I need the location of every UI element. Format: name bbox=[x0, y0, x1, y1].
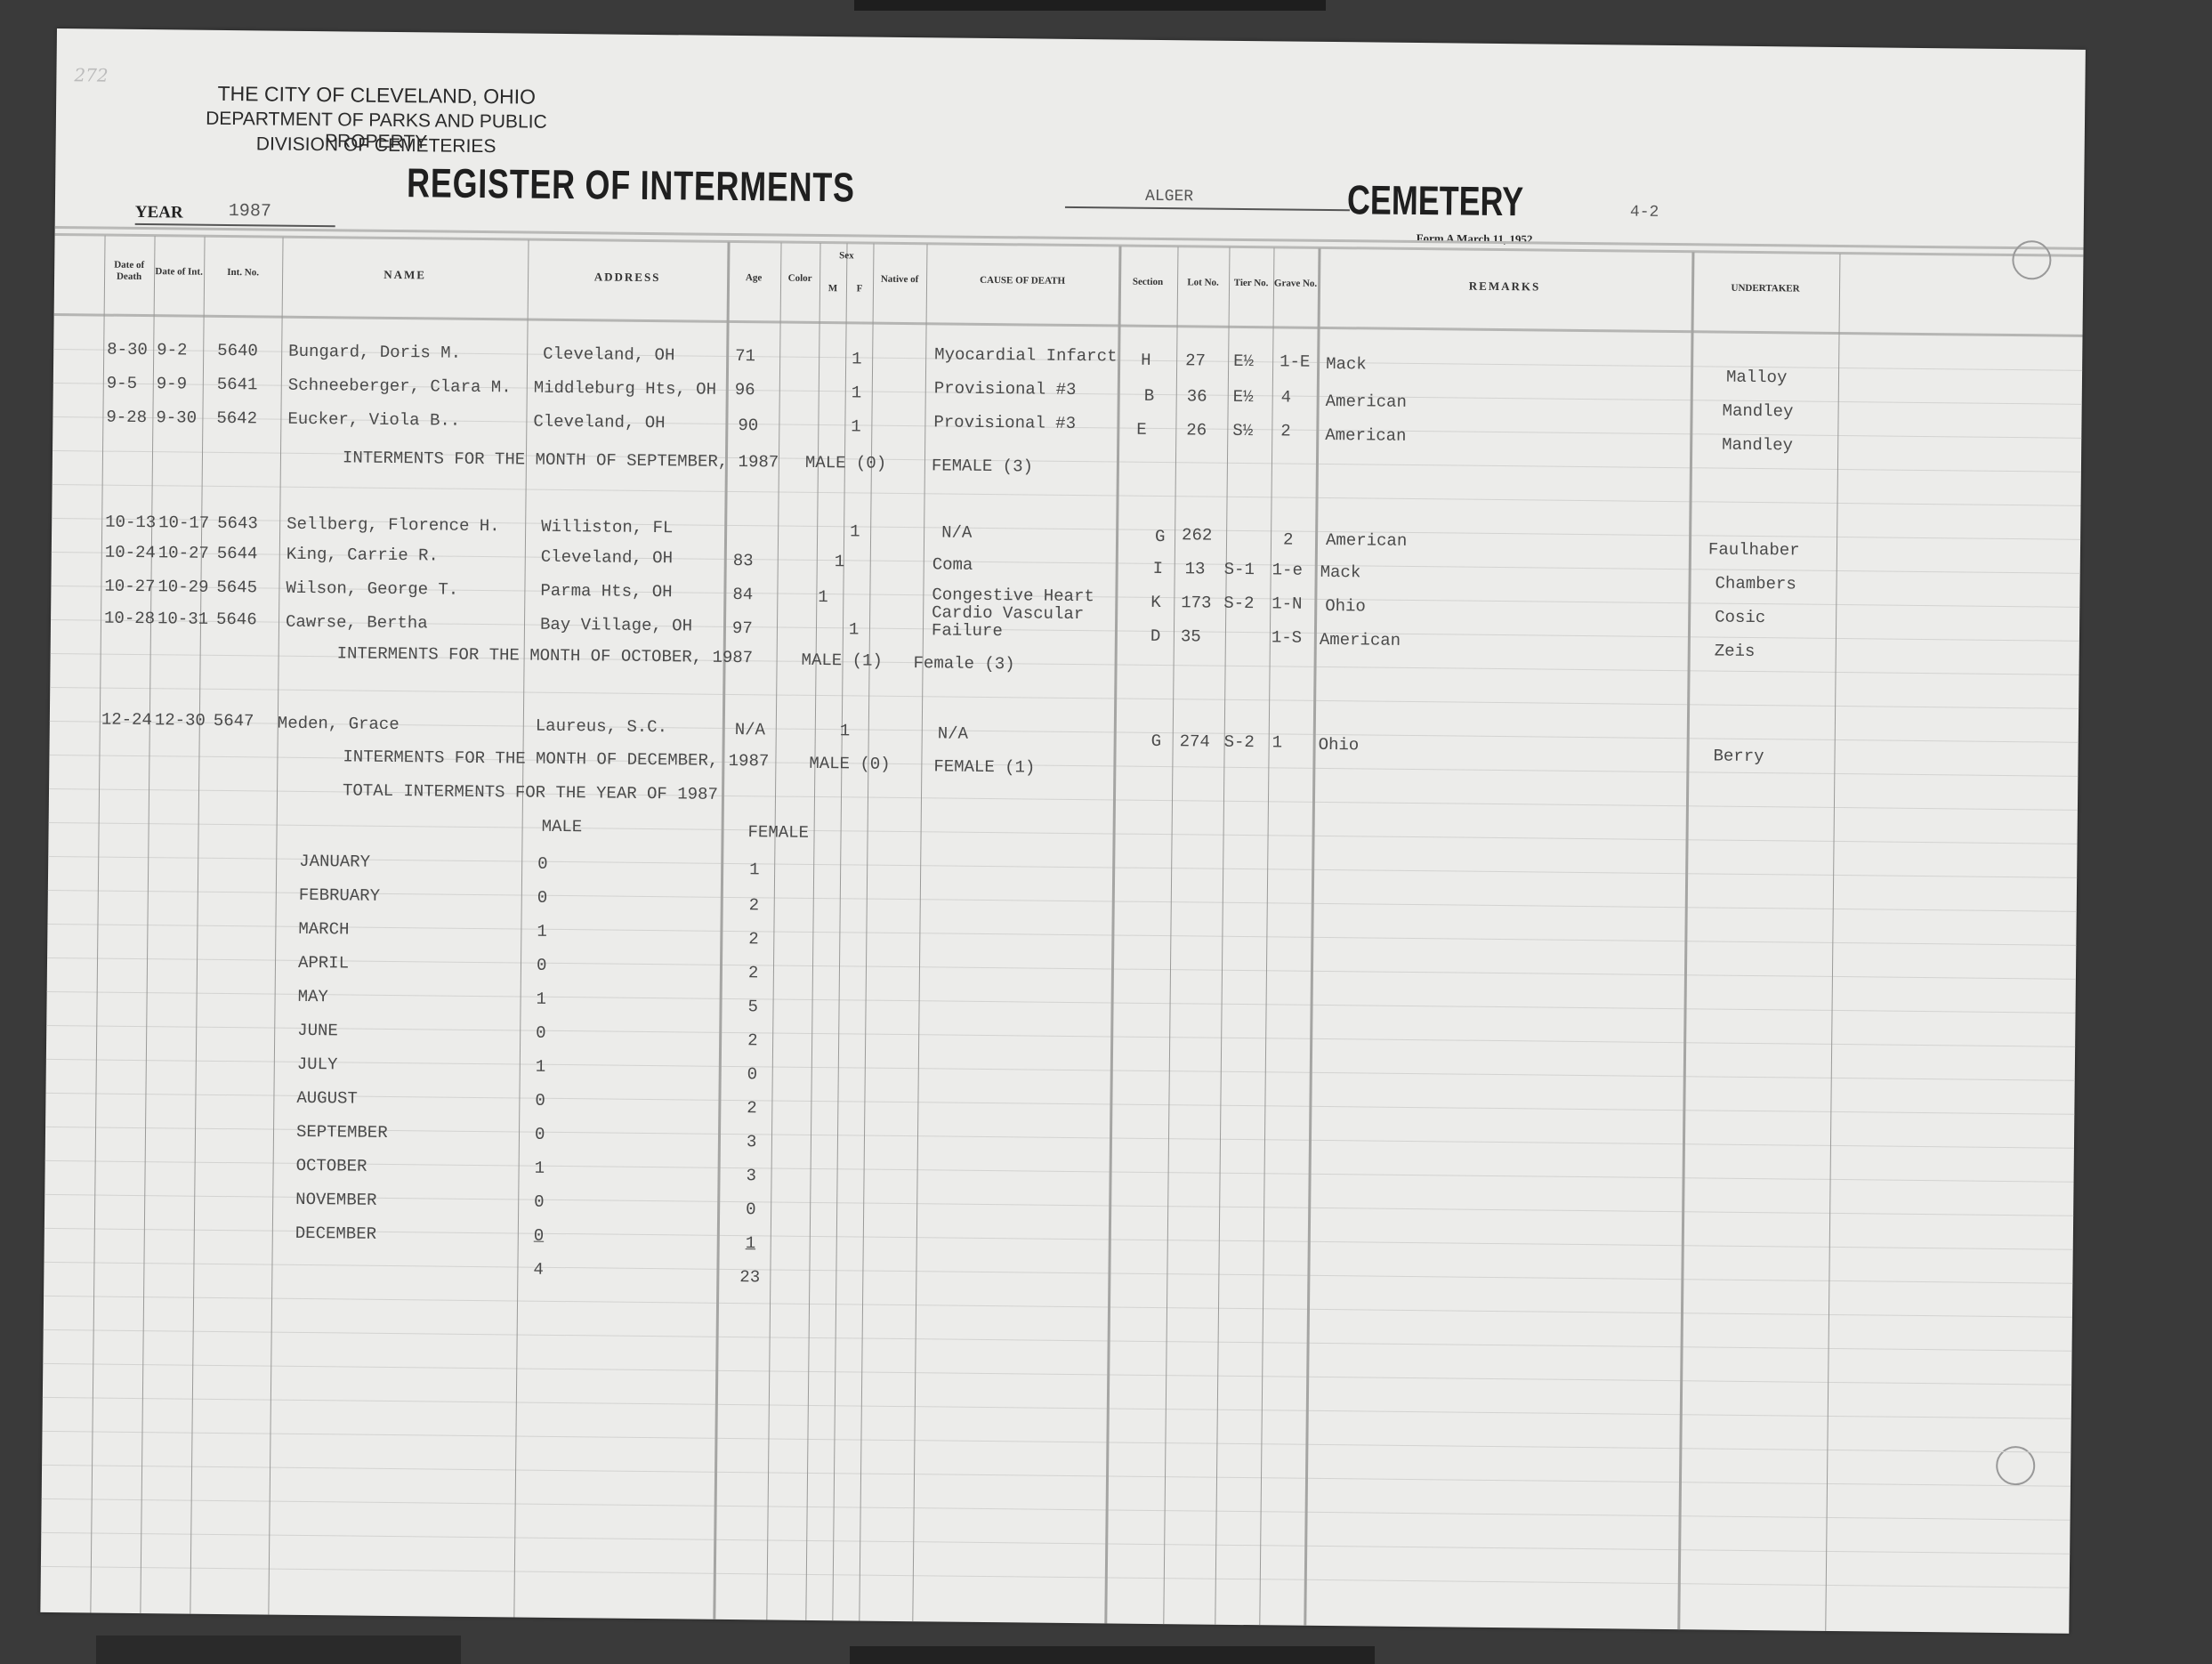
sex-m: 1 bbox=[818, 588, 828, 606]
month-female: 2 bbox=[749, 895, 760, 915]
col-address: ADDRESS bbox=[528, 249, 728, 304]
col-sex: Sex bbox=[819, 246, 873, 265]
month-label: OCTOBER bbox=[296, 1156, 367, 1176]
int-no: 5641 bbox=[217, 376, 258, 393]
year-totals-male-header: MALE bbox=[542, 817, 583, 836]
month-female: 2 bbox=[748, 929, 759, 949]
cemetery-label: CEMETERY bbox=[1347, 175, 1524, 225]
row-rule bbox=[44, 1329, 2072, 1352]
tier-no: S-1 bbox=[1224, 561, 1255, 578]
form-note: Form A March 11, 1952 bbox=[1417, 231, 1533, 246]
row-rule bbox=[44, 1262, 2072, 1284]
register-table: Date of Death Date of Int. Int. No. NAME… bbox=[40, 235, 2083, 1634]
remarks: Ohio bbox=[1319, 736, 1360, 754]
lot-no: 274 bbox=[1180, 732, 1210, 750]
summary-male: MALE (0) bbox=[805, 453, 886, 473]
lot-no: 27 bbox=[1185, 351, 1206, 369]
undertaker: Zeis bbox=[1715, 642, 1756, 660]
undertaker: Mandley bbox=[1722, 402, 1793, 421]
date-of-int: 10-27 bbox=[158, 544, 209, 562]
grave-no: 1-N bbox=[1271, 594, 1302, 612]
address: Bay Village, OH bbox=[540, 616, 692, 635]
age: 83 bbox=[733, 552, 754, 569]
month-male: 1 bbox=[537, 922, 547, 941]
date-of-int: 9-9 bbox=[157, 375, 187, 392]
col-color: Color bbox=[780, 252, 820, 305]
row-rule bbox=[44, 1296, 2072, 1318]
sex-f: 1 bbox=[840, 722, 851, 739]
month-label: NOVEMBER bbox=[295, 1190, 376, 1210]
undertaker: Cosic bbox=[1715, 609, 1765, 627]
date-of-death: 10-24 bbox=[105, 544, 156, 562]
int-no: 5643 bbox=[217, 514, 258, 532]
month-label: SEPTEMBER bbox=[296, 1122, 388, 1143]
int-no: 5647 bbox=[214, 712, 254, 730]
date-of-death: 10-27 bbox=[104, 578, 155, 596]
name: Schneeberger, Clara M. bbox=[288, 376, 512, 397]
month-female: 0 bbox=[747, 1064, 758, 1084]
month-label: DECEMBER bbox=[295, 1224, 376, 1244]
address: Cleveland, OH bbox=[541, 548, 673, 568]
tier-no: E½ bbox=[1233, 352, 1254, 370]
date-of-death: 9-5 bbox=[107, 375, 137, 392]
col-tier-no: Tier No. bbox=[1229, 256, 1274, 311]
int-no: 5646 bbox=[216, 610, 257, 628]
month-male: 0 bbox=[534, 1226, 545, 1246]
col-undertaker: UNDERTAKER bbox=[1691, 261, 1840, 316]
undertaker: Berry bbox=[1713, 747, 1764, 766]
col-grave-no: Grave No. bbox=[1273, 256, 1319, 311]
month-male: 0 bbox=[537, 956, 547, 975]
age: 96 bbox=[735, 381, 755, 399]
row-rule bbox=[42, 1465, 2071, 1487]
name: Wilson, George T. bbox=[286, 579, 458, 599]
col-sex-f: F bbox=[846, 275, 873, 302]
address: Williston, FL bbox=[541, 518, 673, 537]
lot-no: 13 bbox=[1185, 560, 1206, 578]
month-female: 3 bbox=[746, 1166, 756, 1185]
tape-strip bbox=[96, 1636, 461, 1664]
summary-male: MALE (1) bbox=[801, 650, 882, 671]
summary-male: MALE (0) bbox=[809, 754, 890, 774]
lot-no: 173 bbox=[1181, 594, 1211, 611]
header-bottom-rule bbox=[54, 313, 2083, 337]
col-age: Age bbox=[727, 251, 781, 305]
month-label: JUNE bbox=[297, 1021, 338, 1040]
row-rule bbox=[42, 1431, 2071, 1453]
date-of-int: 9-30 bbox=[156, 408, 197, 426]
grave-no: 4 bbox=[1281, 388, 1292, 406]
address: Parma Hts, OH bbox=[540, 582, 672, 602]
date-of-death: 10-28 bbox=[104, 610, 155, 628]
undertaker: Chambers bbox=[1715, 575, 1796, 594]
remarks: American bbox=[1325, 426, 1406, 445]
age: N/A bbox=[735, 721, 765, 739]
remarks: Mack bbox=[1326, 355, 1367, 373]
sex-f: 1 bbox=[835, 553, 845, 570]
col-sex-m: M bbox=[819, 275, 846, 302]
month-female: 2 bbox=[747, 1030, 758, 1050]
name: King, Carrie R. bbox=[287, 545, 439, 565]
row-rule bbox=[42, 1498, 2071, 1521]
month-male: 1 bbox=[535, 1159, 545, 1178]
month-male: 0 bbox=[535, 1091, 545, 1111]
col-date-of-int: Date of Int. bbox=[154, 245, 205, 299]
grave-no: 1-E bbox=[1280, 352, 1310, 370]
undertaker: Malloy bbox=[1726, 368, 1788, 387]
age: 84 bbox=[732, 586, 753, 603]
remarks: Mack bbox=[1320, 563, 1361, 581]
cause-of-death: Coma bbox=[932, 555, 973, 573]
section: E bbox=[1136, 421, 1147, 439]
name: Sellberg, Florence H. bbox=[287, 515, 500, 536]
sex-f: 1 bbox=[849, 620, 860, 638]
month-male: 0 bbox=[537, 854, 548, 874]
year-totals-title: TOTAL INTERMENTS FOR THE YEAR OF 1987 bbox=[343, 780, 718, 804]
section: K bbox=[1150, 594, 1161, 611]
tier-no: S-2 bbox=[1224, 733, 1255, 751]
sex-f: 1 bbox=[852, 350, 862, 368]
summary-text: INTERMENTS FOR THE MONTH OF SEPTEMBER, 1… bbox=[343, 448, 779, 472]
date-of-int: 12-30 bbox=[155, 711, 206, 730]
row-rule bbox=[46, 1025, 2075, 1047]
int-no: 5644 bbox=[217, 545, 258, 562]
name: Cawrse, Bertha bbox=[286, 613, 428, 633]
lot-no: 36 bbox=[1187, 387, 1207, 405]
lot-no: 26 bbox=[1186, 421, 1207, 439]
cause-of-death: Cardio Vascular Failure bbox=[932, 603, 1110, 641]
section: D bbox=[1150, 627, 1161, 645]
row-rule bbox=[43, 1397, 2071, 1419]
undertaker: Faulhaber bbox=[1708, 540, 1800, 559]
cause-of-death: N/A bbox=[941, 523, 972, 541]
lot-no: 262 bbox=[1182, 526, 1212, 544]
month-label: JANUARY bbox=[299, 852, 370, 872]
month-label: MAY bbox=[298, 987, 328, 1006]
row-rule bbox=[50, 687, 2079, 709]
col-section: Section bbox=[1118, 255, 1178, 310]
month-male: 0 bbox=[536, 1023, 546, 1043]
cemetery-name: ALGER bbox=[1145, 188, 1193, 206]
row-rule bbox=[41, 1532, 2070, 1555]
grave-no: 1 bbox=[1272, 733, 1283, 751]
date-of-death: 10-13 bbox=[105, 513, 156, 532]
row-rule bbox=[47, 957, 2076, 980]
header-city: THE CITY OF CLEVELAND, OHIO bbox=[190, 82, 563, 109]
date-of-int: 10-31 bbox=[157, 610, 208, 628]
address: Cleveland, OH bbox=[543, 345, 674, 365]
date-of-death: 12-24 bbox=[101, 711, 152, 730]
remarks: American bbox=[1326, 531, 1407, 550]
date-of-int: 10-29 bbox=[157, 578, 208, 596]
month-female: 1 bbox=[749, 860, 760, 879]
section: B bbox=[1144, 387, 1155, 405]
age: 97 bbox=[732, 619, 753, 637]
remarks: American bbox=[1320, 631, 1401, 650]
section: G bbox=[1151, 732, 1162, 750]
total-female: 23 bbox=[739, 1267, 760, 1287]
col-lot-no: Lot No. bbox=[1177, 255, 1230, 310]
tier-no: E½ bbox=[1233, 388, 1254, 406]
col-date-of-death: Date of Death bbox=[104, 245, 155, 299]
row-rule bbox=[43, 1363, 2071, 1385]
section: I bbox=[1153, 560, 1164, 578]
date-of-int: 9-2 bbox=[157, 341, 187, 359]
month-label: MARCH bbox=[298, 919, 349, 940]
name: Bungard, Doris M. bbox=[288, 343, 461, 362]
address: Laureus, S.C. bbox=[536, 717, 667, 737]
lot-no: 35 bbox=[1181, 627, 1201, 645]
summary-text: INTERMENTS FOR THE MONTH OF DECEMBER, 19… bbox=[343, 747, 769, 771]
section: H bbox=[1141, 351, 1151, 369]
total-male: 4 bbox=[533, 1260, 544, 1280]
row-rule bbox=[49, 822, 2078, 844]
row-rule bbox=[47, 991, 2076, 1014]
row-rule bbox=[47, 924, 2076, 946]
col-int-no: Int. No. bbox=[204, 246, 283, 300]
address: Cleveland, OH bbox=[533, 413, 665, 432]
cause-of-death: Myocardial Infarct bbox=[934, 345, 1117, 365]
month-female: 3 bbox=[747, 1132, 757, 1151]
tier-no: S½ bbox=[1232, 422, 1253, 440]
month-label: JULY bbox=[297, 1054, 338, 1074]
row-rule bbox=[41, 1566, 2070, 1588]
month-male: 1 bbox=[536, 990, 546, 1009]
address: Middleburg Hts, OH bbox=[534, 379, 716, 399]
cause-of-death: Provisional #3 bbox=[933, 413, 1076, 432]
year-label: YEAR bbox=[135, 203, 183, 223]
int-no: 5640 bbox=[217, 342, 258, 359]
month-label: AUGUST bbox=[296, 1088, 358, 1109]
summary-female: FEMALE (1) bbox=[933, 756, 1035, 777]
date-of-int: 10-17 bbox=[158, 513, 209, 532]
sex-f: 1 bbox=[852, 384, 862, 401]
sex-f: 1 bbox=[851, 417, 861, 435]
month-female: 0 bbox=[746, 1200, 756, 1219]
page-title: REGISTER OF INTERMENTS bbox=[407, 158, 855, 211]
month-male: 1 bbox=[536, 1057, 546, 1077]
page-number: 4-2 bbox=[1630, 204, 1659, 222]
date-of-death: 8-30 bbox=[107, 341, 148, 359]
col-cause-of-death: CAUSE OF DEATH bbox=[926, 253, 1119, 308]
col-native-of: Native of bbox=[873, 253, 927, 307]
grave-no: 1-S bbox=[1271, 628, 1302, 646]
month-label: FEBRUARY bbox=[299, 885, 380, 906]
sex-f: 1 bbox=[850, 522, 860, 540]
int-no: 5642 bbox=[216, 409, 257, 427]
row-rule bbox=[52, 484, 2081, 506]
col-name: NAME bbox=[282, 246, 529, 303]
summary-text: INTERMENTS FOR THE MONTH OF OCTOBER, 198… bbox=[337, 643, 754, 667]
month-male: 0 bbox=[537, 888, 548, 908]
tape-strip bbox=[850, 1646, 1375, 1664]
remarks: Ohio bbox=[1325, 597, 1366, 615]
row-rule bbox=[46, 1059, 2075, 1081]
month-label: APRIL bbox=[298, 953, 349, 973]
cemetery-underline bbox=[1065, 206, 1350, 211]
month-female: 1 bbox=[746, 1233, 756, 1253]
summary-female: Female (3) bbox=[913, 653, 1014, 674]
undertaker: Mandley bbox=[1722, 436, 1793, 455]
grave-no: 1-e bbox=[1272, 561, 1303, 578]
int-no: 5645 bbox=[216, 578, 257, 596]
col-remarks: REMARKS bbox=[1318, 257, 1692, 314]
year-value: 1987 bbox=[229, 201, 271, 222]
remarks: American bbox=[1326, 392, 1407, 411]
month-female: 2 bbox=[748, 963, 759, 982]
month-female: 5 bbox=[747, 997, 758, 1016]
grave-no: 2 bbox=[1280, 422, 1291, 440]
name: Meden, Grace bbox=[278, 715, 400, 733]
tape-strip bbox=[854, 0, 1326, 11]
date-of-death: 9-28 bbox=[106, 408, 147, 426]
cause-of-death: Provisional #3 bbox=[934, 379, 1077, 399]
name: Eucker, Viola B.. bbox=[287, 410, 460, 430]
month-male: 0 bbox=[534, 1192, 545, 1212]
section: G bbox=[1155, 528, 1166, 545]
tier-no: S-2 bbox=[1223, 594, 1254, 612]
year-totals-female-header: FEMALE bbox=[747, 822, 809, 843]
age: 90 bbox=[738, 416, 758, 434]
age: 71 bbox=[735, 347, 755, 365]
header-division: DIVISION OF CEMETERIES bbox=[190, 133, 563, 158]
summary-female: FEMALE (3) bbox=[932, 456, 1033, 476]
month-male: 0 bbox=[535, 1125, 545, 1144]
grave-no: 2 bbox=[1283, 530, 1294, 548]
month-female: 2 bbox=[747, 1098, 757, 1118]
handwritten-page-note: 272 bbox=[74, 64, 108, 85]
cause-of-death: N/A bbox=[938, 724, 968, 742]
register-page: 272 THE CITY OF CLEVELAND, OHIO DEPARTME… bbox=[40, 28, 2086, 1634]
